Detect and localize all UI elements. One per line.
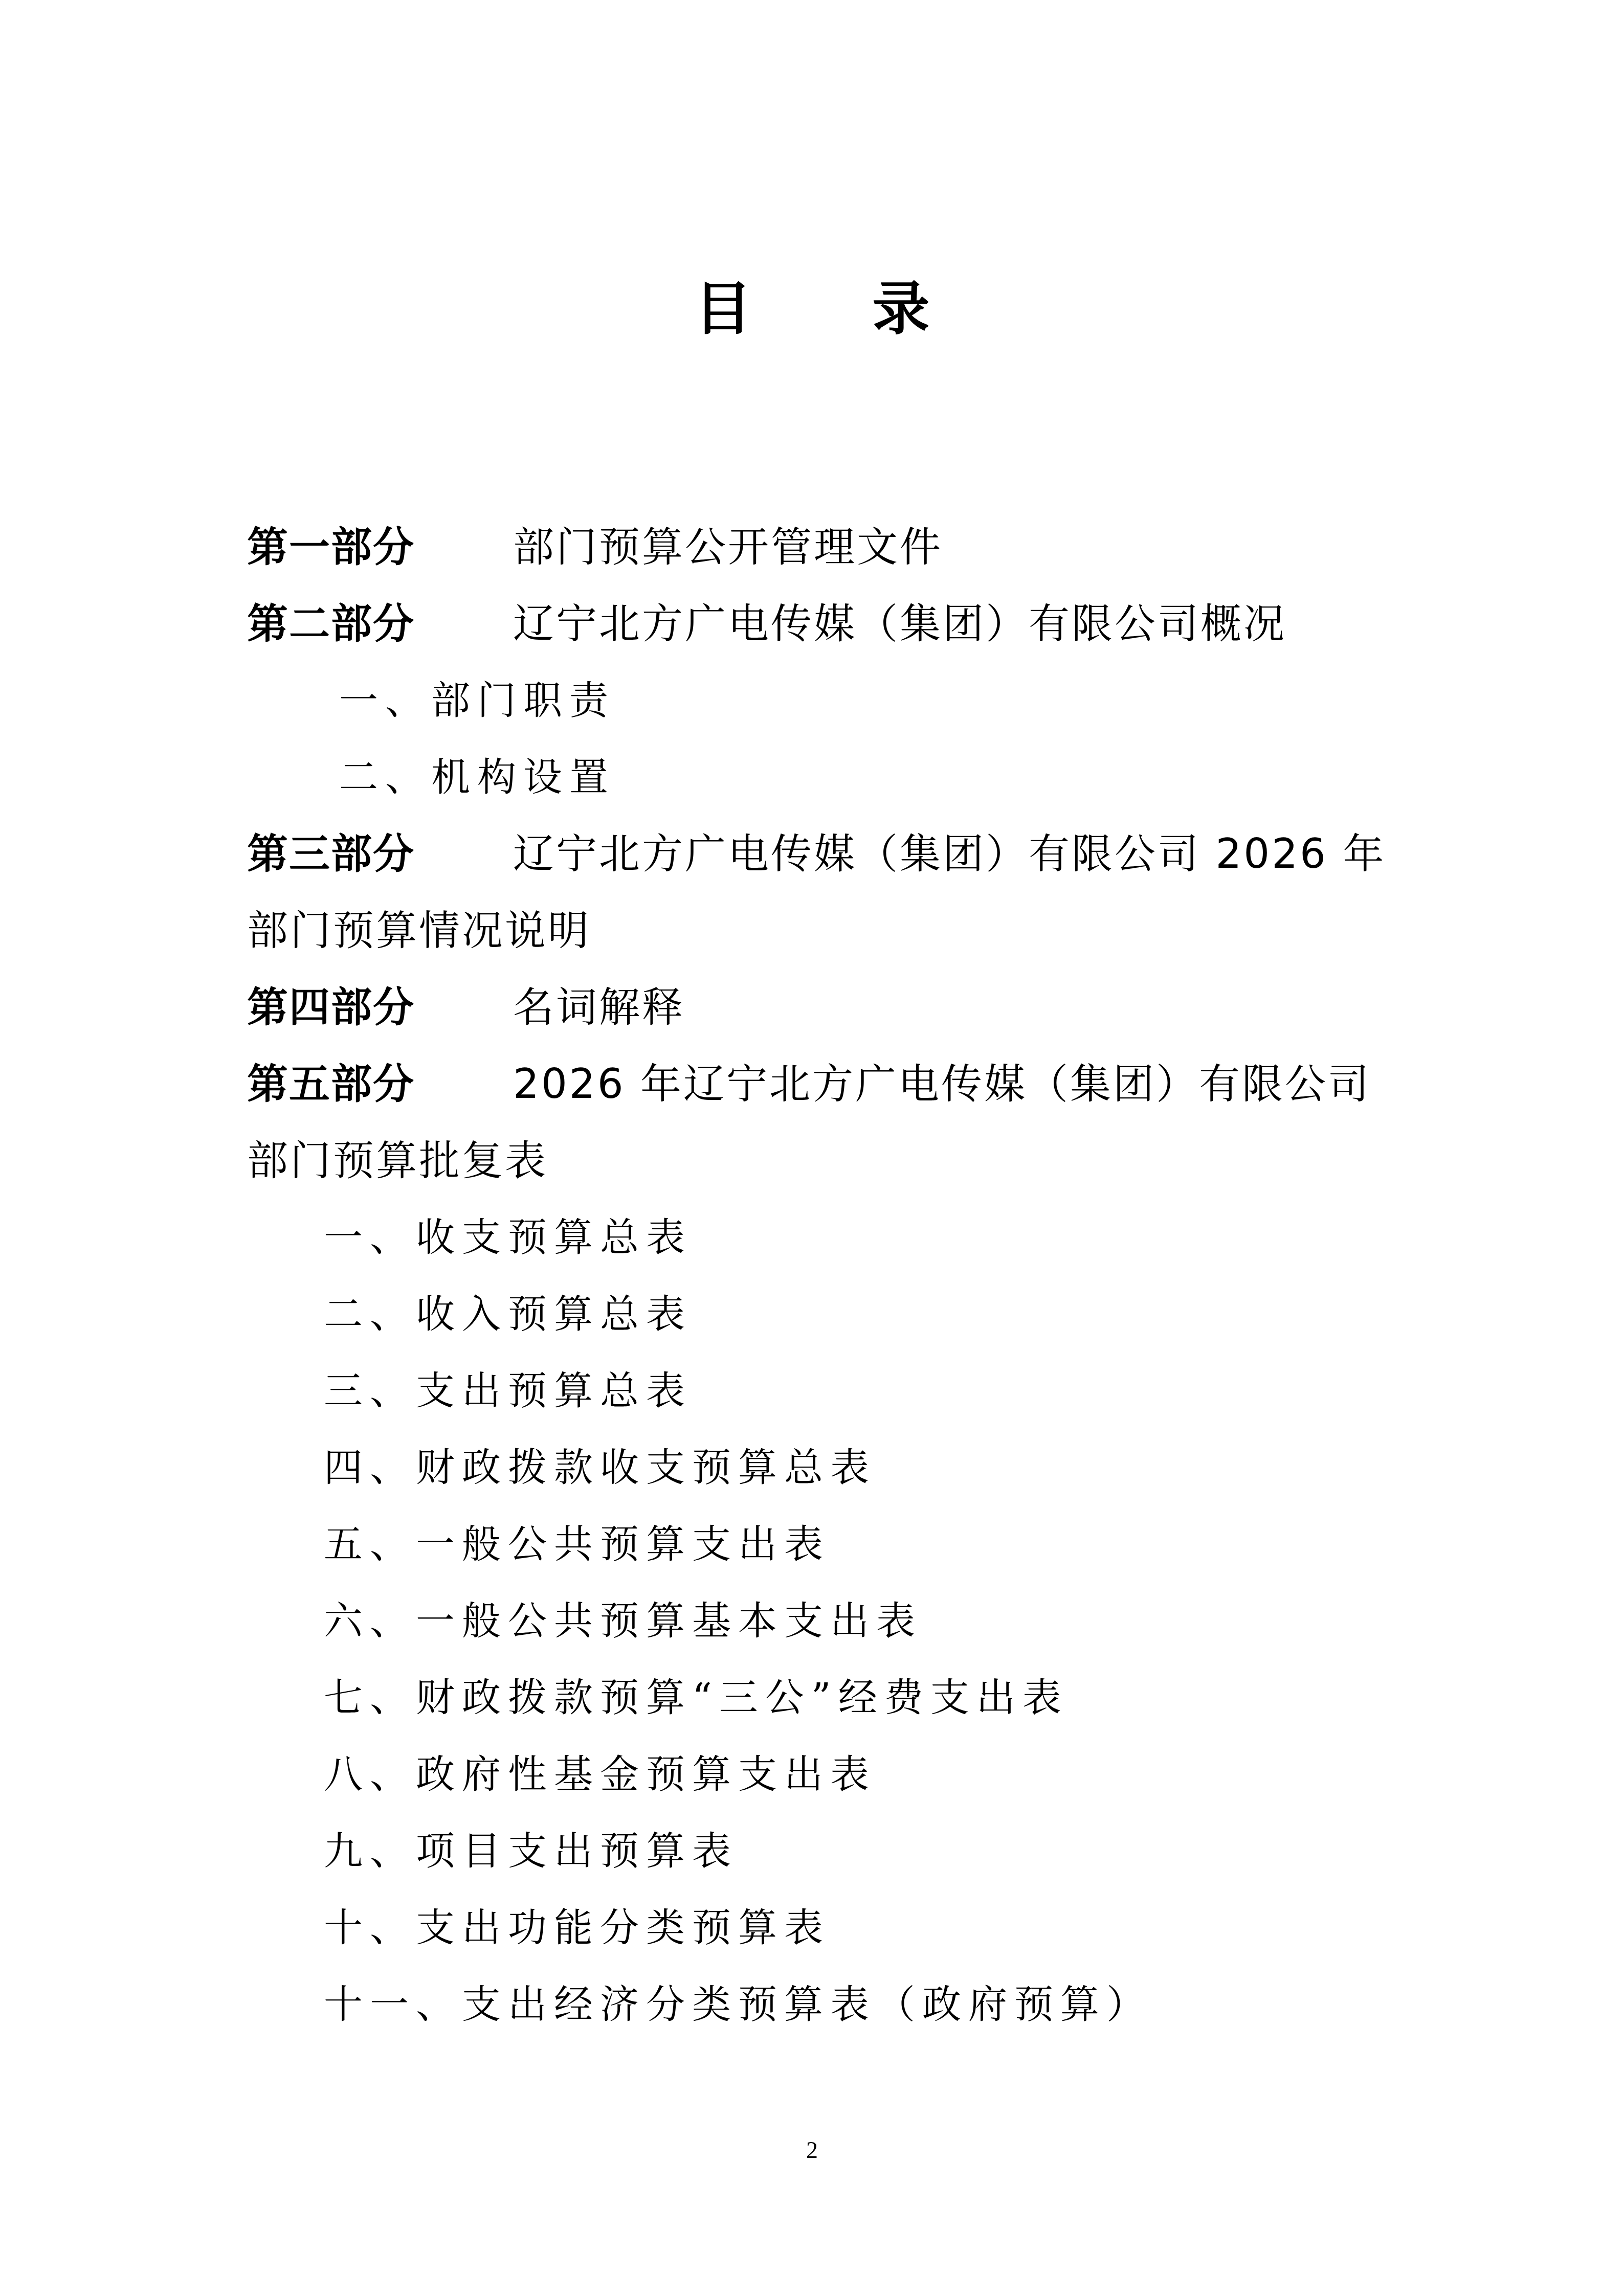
title-char-2: 录 bbox=[873, 276, 930, 343]
toc-item[interactable]: 七、财政拨款预算“三公”经费支出表 bbox=[324, 1672, 1069, 1723]
toc-item[interactable]: 四、财政拨款收支预算总表 bbox=[324, 1442, 876, 1493]
toc-part-label: 第五部分 bbox=[247, 1059, 415, 1110]
toc-item[interactable]: 二、机构设置 bbox=[339, 752, 615, 803]
toc-item[interactable]: 五、一般公共预算支出表 bbox=[324, 1519, 830, 1570]
toc-part-title: 名词解释 bbox=[513, 982, 685, 1033]
toc-item[interactable]: 三、支出预算总表 bbox=[324, 1365, 692, 1416]
toc-part-title: 辽宁北方广电传媒（集团）有限公司概况 bbox=[513, 598, 1286, 649]
toc-part-label: 第三部分 bbox=[247, 828, 415, 880]
page-title: 目录 bbox=[0, 276, 1624, 343]
page-number: 2 bbox=[0, 2135, 1624, 2166]
toc-item[interactable]: 一、部门职责 bbox=[339, 675, 615, 726]
toc-item[interactable]: 十、支出功能分类预算表 bbox=[324, 1902, 830, 1953]
document-page: 目录 第一部分 部门预算公开管理文件 第二部分 辽宁北方广电传媒（集团）有限公司… bbox=[0, 0, 1624, 2296]
toc-item[interactable]: 一、收支预算总表 bbox=[324, 1212, 692, 1263]
toc-part-5-continued[interactable]: 部门预算批复表 bbox=[247, 1135, 548, 1186]
toc-item[interactable]: 八、政府性基金预算支出表 bbox=[324, 1749, 876, 1800]
toc-part-label: 第四部分 bbox=[247, 982, 415, 1033]
toc-item[interactable]: 十一、支出经济分类预算表（政府预算） bbox=[324, 1979, 1152, 2030]
toc-item[interactable]: 六、一般公共预算基本支出表 bbox=[324, 1595, 922, 1647]
toc-part-title: 辽宁北方广电传媒（集团）有限公司 2026 年 bbox=[513, 828, 1386, 880]
title-char-1: 目 bbox=[695, 276, 752, 343]
toc-part-title: 2026 年辽宁北方广电传媒（集团）有限公司 bbox=[513, 1059, 1371, 1110]
toc-item[interactable]: 二、收入预算总表 bbox=[324, 1289, 692, 1340]
toc-part-label: 第二部分 bbox=[247, 598, 415, 649]
toc-part-label: 第一部分 bbox=[247, 522, 415, 573]
toc-part-title: 部门预算公开管理文件 bbox=[513, 522, 943, 573]
toc-part-3-continued[interactable]: 部门预算情况说明 bbox=[247, 905, 591, 956]
toc-item[interactable]: 九、项目支出预算表 bbox=[324, 1826, 738, 1877]
